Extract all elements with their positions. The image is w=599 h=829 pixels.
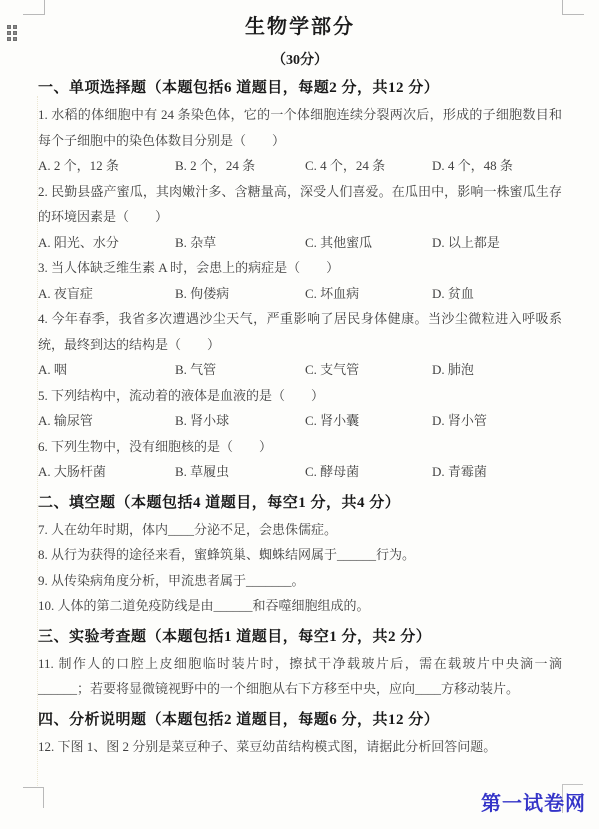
option-d: D. 4 个，48 条 bbox=[432, 153, 562, 179]
option-b: B. 气管 bbox=[175, 357, 305, 383]
option-c: C. 肾小囊 bbox=[305, 408, 432, 434]
question-3-text: 3. 当人体缺乏维生素 A 时，会患上的病症是（ ） bbox=[38, 255, 562, 281]
section-heading-fill-blank: 二、填空题（本题包括4 道题目，每空1 分，共4 分） bbox=[38, 492, 562, 514]
question-4-text: 4. 今年春季，我省多次遭遇沙尘天气，严重影响了居民身体健康。当沙尘微粒进入呼吸… bbox=[38, 306, 562, 357]
option-a: A. 大肠杆菌 bbox=[38, 459, 175, 485]
document-page: 生物学部分 （30分） 一、单项选择题（本题包括6 道题目，每题2 分，共12 … bbox=[0, 0, 599, 829]
option-b: B. 佝偻病 bbox=[175, 281, 305, 307]
question-2-text: 2. 民勤县盛产蜜瓜，其肉嫩汁多、含糖量高，深受人们喜爱。在瓜田中，影响一株蜜瓜… bbox=[38, 179, 562, 230]
option-c: C. 支气管 bbox=[305, 357, 432, 383]
option-a: A. 咽 bbox=[38, 357, 175, 383]
option-c: C. 其他蜜瓜 bbox=[305, 230, 432, 256]
option-c: C. 4 个，24 条 bbox=[305, 153, 432, 179]
option-a: A. 阳光、水分 bbox=[38, 230, 175, 256]
option-d: D. 青霉菌 bbox=[432, 459, 562, 485]
site-watermark-link[interactable]: 第一试卷网 bbox=[481, 787, 586, 816]
option-b: B. 肾小球 bbox=[175, 408, 305, 434]
crop-mark-bottom-left bbox=[23, 787, 44, 808]
option-c: C. 坏血病 bbox=[305, 281, 432, 307]
question-6-text: 6. 下列生物中，没有细胞核的是（ ） bbox=[38, 434, 562, 460]
question-7-text: 7. 人在幼年时期，体内____分泌不足，会患侏儒症。 bbox=[38, 517, 562, 543]
question-12-text: 12. 下图 1、图 2 分别是菜豆种子、菜豆幼苗结构模式图，请据此分析回答问题… bbox=[38, 734, 562, 760]
option-b: B. 草履虫 bbox=[175, 459, 305, 485]
section-heading-experiment: 三、实验考查题（本题包括1 道题目，每空1 分，共2 分） bbox=[38, 626, 562, 648]
question-1-text: 1. 水稻的体细胞中有 24 条染色体，它的一个体细胞连续分裂两次后，形成的子细… bbox=[38, 102, 562, 153]
crop-mark-top-right bbox=[562, 0, 584, 15]
option-c: C. 酵母菌 bbox=[305, 459, 432, 485]
question-1-options: A. 2 个，12 条 B. 2 个，24 条 C. 4 个，24 条 D. 4… bbox=[38, 153, 562, 179]
question-8-text: 8. 从行为获得的途径来看，蜜蜂筑巢、蜘蛛结网属于______行为。 bbox=[38, 542, 562, 568]
question-3-options: A. 夜盲症 B. 佝偻病 C. 坏血病 D. 贫血 bbox=[38, 281, 562, 307]
section-heading-choice: 一、单项选择题（本题包括6 道题目，每题2 分，共12 分） bbox=[38, 77, 562, 99]
document-content: 生物学部分 （30分） 一、单项选择题（本题包括6 道题目，每题2 分，共12 … bbox=[38, 8, 562, 759]
question-10-text: 10. 人体的第二道免疫防线是由______和吞噬细胞组成的。 bbox=[38, 593, 562, 619]
question-5-text: 5. 下列结构中，流动着的液体是血液的是（ ） bbox=[38, 383, 562, 409]
option-a: A. 2 个，12 条 bbox=[38, 153, 175, 179]
question-9-text: 9. 从传染病角度分析，甲流患者属于_______。 bbox=[38, 568, 562, 594]
page-title: 生物学部分 bbox=[38, 14, 562, 40]
question-2-options: A. 阳光、水分 B. 杂草 C. 其他蜜瓜 D. 以上都是 bbox=[38, 230, 562, 256]
question-4-options: A. 咽 B. 气管 C. 支气管 D. 肺泡 bbox=[38, 357, 562, 383]
option-a: A. 输尿管 bbox=[38, 408, 175, 434]
question-11-text: 11. 制作人的口腔上皮细胞临时装片时，擦拭干净载玻片后，需在载玻片中央滴一滴_… bbox=[38, 651, 562, 702]
points-subtitle: （30分） bbox=[38, 51, 562, 70]
drag-handle-icon[interactable] bbox=[7, 25, 17, 41]
option-d: D. 以上都是 bbox=[432, 230, 562, 256]
option-b: B. 2 个，24 条 bbox=[175, 153, 305, 179]
option-d: D. 肺泡 bbox=[432, 357, 562, 383]
section-heading-analysis: 四、分析说明题（本题包括2 道题目，每题6 分，共12 分） bbox=[38, 709, 562, 731]
question-5-options: A. 输尿管 B. 肾小球 C. 肾小囊 D. 肾小管 bbox=[38, 408, 562, 434]
option-d: D. 肾小管 bbox=[432, 408, 562, 434]
option-b: B. 杂草 bbox=[175, 230, 305, 256]
option-d: D. 贫血 bbox=[432, 281, 562, 307]
question-6-options: A. 大肠杆菌 B. 草履虫 C. 酵母菌 D. 青霉菌 bbox=[38, 459, 562, 485]
option-a: A. 夜盲症 bbox=[38, 281, 175, 307]
